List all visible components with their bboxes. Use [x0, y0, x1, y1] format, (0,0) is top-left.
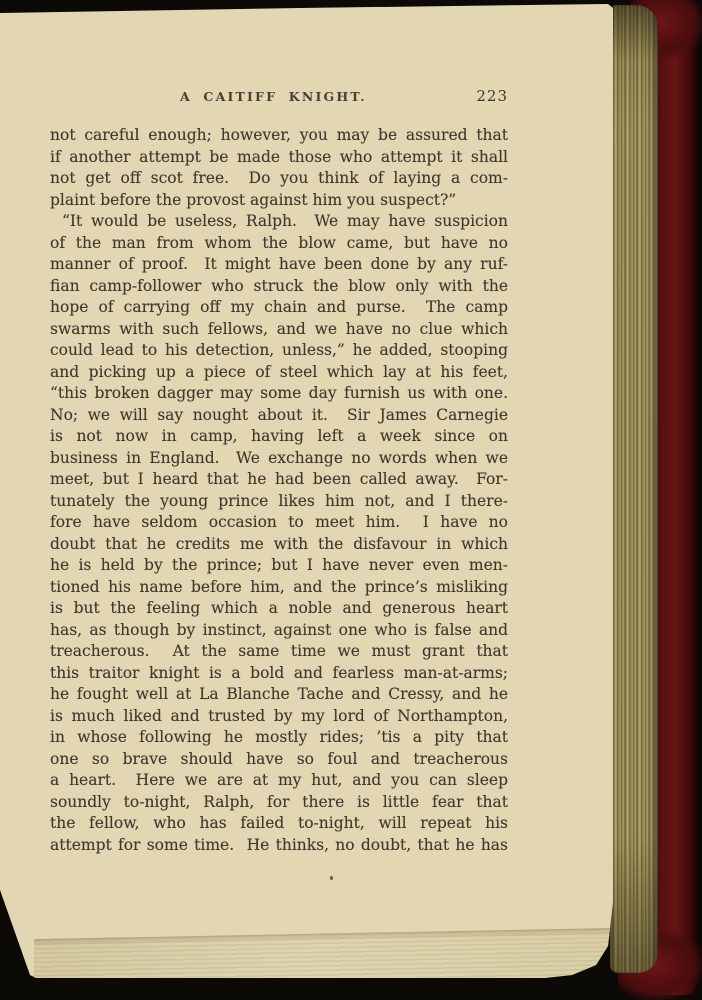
text-line: is much liked and trusted by my lord of … — [50, 706, 508, 728]
page-header: A CAITIFF KNIGHT. 223 — [50, 89, 508, 109]
text-line: in whose following he mostly rides; ’tis… — [50, 727, 508, 749]
text-line: soundly to-night, Ralph, for there is li… — [50, 792, 508, 814]
text-block: not careful enough; however, you may be … — [50, 125, 508, 856]
text-line: the fellow, who has failed to-night, wil… — [50, 813, 508, 835]
text-line: if another attempt be made those who att… — [50, 147, 508, 169]
text-line: fore have seldom occasion to meet him. I… — [50, 512, 508, 534]
page-stack-fore-edge — [610, 5, 658, 973]
text-line: tunately the young prince likes him not,… — [50, 491, 508, 513]
text-line: manner of proof. It might have been done… — [50, 254, 508, 276]
text-line: of the man from whom the blow came, but … — [50, 233, 508, 255]
text-line: “this broken dagger may some day furnish… — [50, 383, 508, 405]
text-line: this traitor knight is a bold and fearle… — [50, 663, 508, 685]
text-line: not careful enough; however, you may be … — [50, 125, 508, 147]
text-line: treacherous. At the same time we must gr… — [50, 641, 508, 663]
text-line: is not now in camp, having left a week s… — [50, 426, 508, 448]
text-line: hope of carrying off my chain and purse.… — [50, 297, 508, 319]
text-line: fian camp-follower who struck the blow o… — [50, 276, 508, 298]
text-line: has, as though by instinct, against one … — [50, 620, 508, 642]
page-number: 223 — [476, 87, 508, 105]
text-line: doubt that he credits me with the disfav… — [50, 534, 508, 556]
text-line: one so brave should have so foul and tre… — [50, 749, 508, 771]
text-line: attempt for some time. He thinks, no dou… — [50, 835, 508, 857]
text-line: No; we will say nought about it. Sir Jam… — [50, 405, 508, 427]
text-line: tioned his name before him, and the prin… — [50, 577, 508, 599]
text-line: he is held by the prince; but I have nev… — [50, 555, 508, 577]
book-page: A CAITIFF KNIGHT. 223 not careful enough… — [0, 4, 613, 978]
text-line: “It would be useless, Ralph. We may have… — [50, 211, 508, 233]
text-line: swarms with such fellows, and we have no… — [50, 319, 508, 341]
text-line: a heart. Here we are at my hut, and you … — [50, 770, 508, 792]
text-line: business in England. We exchange no word… — [50, 448, 508, 470]
text-line: and picking up a piece of steel which la… — [50, 362, 508, 384]
text-line: could lead to his detection, unless,” he… — [50, 340, 508, 362]
ink-speck — [330, 876, 333, 880]
text-line: is but the feeling which a noble and gen… — [50, 598, 508, 620]
text-line: plaint before the provost against him yo… — [50, 190, 508, 212]
book-scan: A CAITIFF KNIGHT. 223 not careful enough… — [0, 0, 702, 1000]
text-line: not get off scot free. Do you think of l… — [50, 168, 508, 190]
text-line: meet, but I heard that he had been calle… — [50, 469, 508, 491]
running-title: A CAITIFF KNIGHT. — [180, 89, 367, 104]
text-line: he fought well at La Blanche Tache and C… — [50, 684, 508, 706]
